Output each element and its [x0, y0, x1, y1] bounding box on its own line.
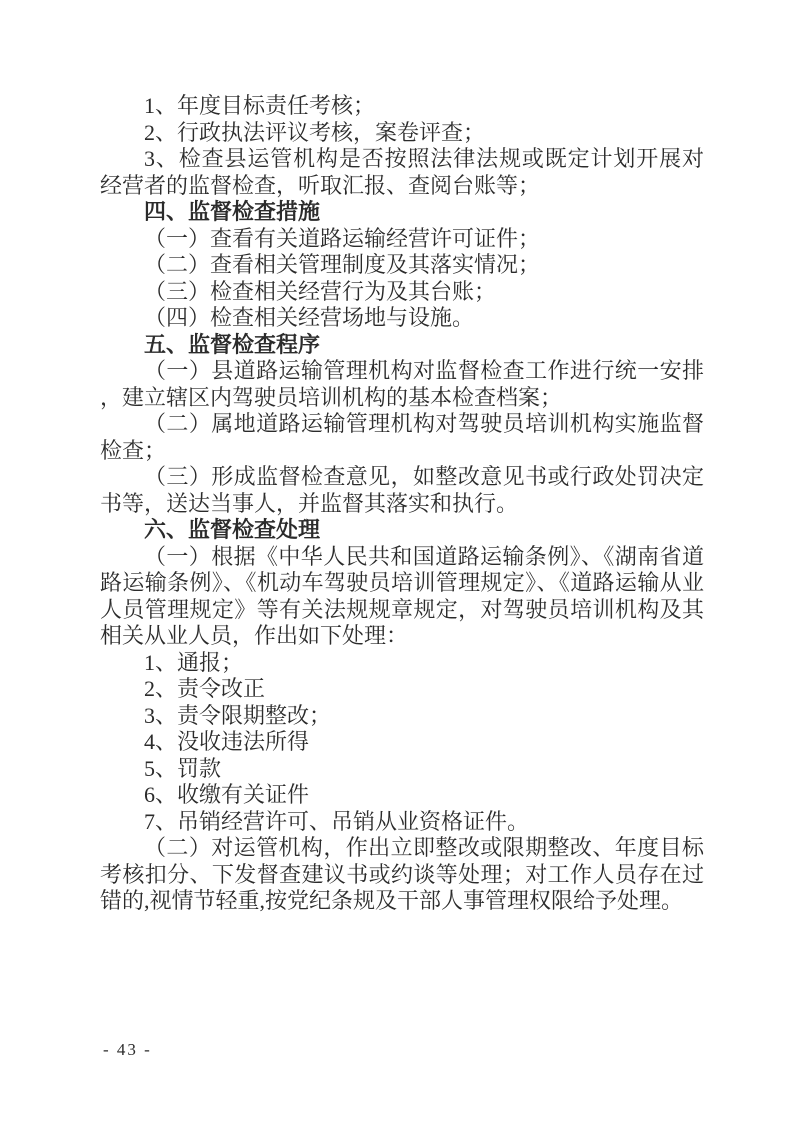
- paragraph: （二）查看相关管理制度及其落实情况；: [100, 252, 704, 279]
- paragraph: （二）对运管机构，作出立即整改或限期整改、年度目标考核扣分、下发督查建议书或约谈…: [100, 835, 704, 915]
- paragraph: 3、检查县运管机构是否按照法律法规或既定计划开展对经营者的监督检查，听取汇报、查…: [100, 146, 704, 199]
- section-heading: 四、监督检查措施: [100, 199, 704, 226]
- paragraph: 1、年度目标责任考核；: [100, 93, 704, 120]
- paragraph: （一）根据《中华人民共和国道路运输条例》、《湖南省道路运输条例》、《机动车驾驶员…: [100, 544, 704, 650]
- paragraph: （二）属地道路运输管理机构对驾驶员培训机构实施监督检查；: [100, 411, 704, 464]
- paragraph: （一）县道路运输管理机构对监督检查工作进行统一安排，建立辖区内驾驶员培训机构的基…: [100, 358, 704, 411]
- paragraph: 2、行政执法评议考核，案卷评查；: [100, 120, 704, 147]
- page-footer: - 43 -: [103, 1040, 152, 1060]
- paragraph: 4、没收违法所得: [100, 729, 704, 756]
- paragraph: （四）检查相关经营场地与设施。: [100, 305, 704, 332]
- paragraph: 3、责令限期整改；: [100, 703, 704, 730]
- section-heading: 六、监督检查处理: [100, 517, 704, 544]
- section-heading: 五、监督检查程序: [100, 332, 704, 359]
- paragraph: 6、收缴有关证件: [100, 782, 704, 809]
- page-number: - 43 -: [103, 1040, 152, 1059]
- paragraph: （三）检查相关经营行为及其台账；: [100, 279, 704, 306]
- paragraph: 2、责令改正: [100, 676, 704, 703]
- paragraph: 5、罚款: [100, 756, 704, 783]
- paragraph: （一）查看有关道路运输经营许可证件；: [100, 226, 704, 253]
- document-body: 1、年度目标责任考核；2、行政执法评议考核，案卷评查；3、检查县运管机构是否按照…: [100, 93, 704, 915]
- document-page: 1、年度目标责任考核；2、行政执法评议考核，案卷评查；3、检查县运管机构是否按照…: [0, 0, 793, 1122]
- paragraph: 1、通报；: [100, 650, 704, 677]
- paragraph: 7、吊销经营许可、吊销从业资格证件。: [100, 809, 704, 836]
- paragraph: （三）形成监督检查意见，如整改意见书或行政处罚决定书等，送达当事人，并监督其落实…: [100, 464, 704, 517]
